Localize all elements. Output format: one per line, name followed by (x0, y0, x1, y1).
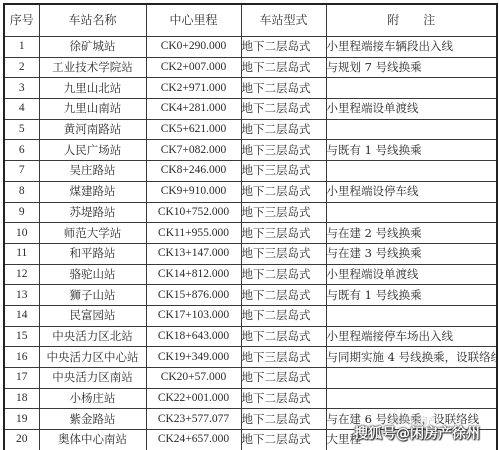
cell-notes (326, 78, 497, 99)
cell-notes: 小里程端接停车场出入线 (326, 326, 497, 347)
cell-index: 11 (4, 243, 39, 264)
cell-notes: 与在建 3 号线换乘 (326, 243, 497, 264)
table-row: 13狮子山站CK15+876.000地下二层岛式与既有 1 号线换乘 (4, 285, 497, 306)
cell-index: 15 (4, 326, 39, 347)
cell-station-name: 小杨庄站 (39, 388, 146, 409)
cell-station-type: 地下三层岛式 (241, 243, 326, 264)
cell-station-name: 奥体中心南站 (39, 430, 146, 450)
cell-index: 8 (4, 181, 39, 202)
cell-notes (326, 388, 497, 409)
cell-center-mileage: CK10+752.000 (146, 202, 241, 223)
table-row: 6人民广场站CK7+082.000地下三层岛式与既有 1 号线换乘 (4, 140, 497, 161)
header-station-name: 车站名称 (39, 4, 146, 37)
cell-center-mileage: CK13+147.000 (146, 243, 241, 264)
cell-index: 5 (4, 119, 39, 140)
cell-station-type: 地下二层岛式 (241, 181, 326, 202)
table-row: 16中央活力区中心站CK19+349.000地下三层岛式与同期实施 4 号线换乘… (4, 347, 497, 368)
table-row: 9苏堤路站CK10+752.000地下三层岛式 (4, 202, 497, 223)
cell-station-name: 九里山北站 (39, 78, 146, 99)
cell-station-name: 人民广场站 (39, 140, 146, 161)
cell-center-mileage: CK20+57.000 (146, 368, 241, 389)
cell-station-type: 地下二层岛式 (241, 99, 326, 120)
cell-index: 2 (4, 57, 39, 78)
cell-index: 7 (4, 161, 39, 182)
cell-station-name: 煤建路站 (39, 181, 146, 202)
station-table: 序号 车站名称 中心里程 车站型式 附 注 1徐矿城站CK0+290.000地下… (3, 3, 498, 450)
cell-station-type: 地下二层岛式 (241, 388, 326, 409)
cell-station-type: 地下三层岛式 (241, 202, 326, 223)
cell-station-name: 工业技术学院站 (39, 57, 146, 78)
cell-station-type: 地下二层岛式 (241, 305, 326, 326)
table-row: 17中央活力区南站CK20+57.000地下二层岛式 (4, 368, 497, 389)
cell-index: 12 (4, 264, 39, 285)
cell-index: 3 (4, 78, 39, 99)
cell-index: 10 (4, 223, 39, 244)
header-notes: 附 注 (326, 4, 497, 37)
cell-center-mileage: CK11+955.000 (146, 223, 241, 244)
table-row: 8煤建路站CK9+910.000地下二层岛式小里程端设停车线 (4, 181, 497, 202)
cell-index: 6 (4, 140, 39, 161)
cell-notes: 与在建 2 号线换乘 (326, 223, 497, 244)
cell-center-mileage: CK5+621.000 (146, 119, 241, 140)
cell-station-name: 中央活力区南站 (39, 368, 146, 389)
cell-station-name: 苏堤路站 (39, 202, 146, 223)
cell-station-name: 骆驼山站 (39, 264, 146, 285)
cell-station-type: 地下二层岛式 (241, 285, 326, 306)
table-row: 18小杨庄站CK22+001.000地下二层岛式 (4, 388, 497, 409)
cell-station-type: 地下二层岛式 (241, 78, 326, 99)
cell-station-type: 地下三层岛式 (241, 223, 326, 244)
table-row: 1徐矿城站CK0+290.000地下二层岛式小里程端接车辆段出入线 (4, 37, 497, 58)
table-row: 7吴庄路站CK8+246.000地下三层岛式 (4, 161, 497, 182)
cell-notes: 小里程端设单渡线 (326, 264, 497, 285)
cell-center-mileage: CK23+577.077 (146, 409, 241, 430)
cell-index: 20 (4, 430, 39, 450)
table-row: 12骆驼山站CK14+812.000地下二层岛式小里程端设单渡线 (4, 264, 497, 285)
table-row: 10师范大学站CK11+955.000地下三层岛式与在建 2 号线换乘 (4, 223, 497, 244)
cell-station-type: 地下二层岛式 (241, 264, 326, 285)
cell-station-name: 民富园站 (39, 305, 146, 326)
cell-index: 19 (4, 409, 39, 430)
watermark: 搜狐号@闲房产徐州 (354, 423, 480, 443)
cell-center-mileage: CK9+910.000 (146, 181, 241, 202)
cell-notes: 小里程端接车辆段出入线 (326, 37, 497, 58)
cell-center-mileage: CK18+643.000 (146, 326, 241, 347)
cell-station-type: 地下二层岛式 (241, 409, 326, 430)
cell-center-mileage: CK17+103.000 (146, 305, 241, 326)
cell-center-mileage: CK19+349.000 (146, 347, 241, 368)
cell-station-type: 地下二层岛式 (241, 57, 326, 78)
table-row: 11和平路站CK13+147.000地下三层岛式与在建 3 号线换乘 (4, 243, 497, 264)
header-center-mileage: 中心里程 (146, 4, 241, 37)
cell-center-mileage: CK15+876.000 (146, 285, 241, 306)
header-row: 序号 车站名称 中心里程 车站型式 附 注 (4, 4, 497, 37)
cell-center-mileage: CK4+281.000 (146, 99, 241, 120)
cell-center-mileage: CK0+290.000 (146, 37, 241, 58)
cell-station-type: 地下二层岛式 (241, 368, 326, 389)
cell-station-name: 中央活力区北站 (39, 326, 146, 347)
cell-center-mileage: CK24+657.000 (146, 430, 241, 450)
cell-station-name: 和平路站 (39, 243, 146, 264)
cell-station-type: 地下三层岛式 (241, 161, 326, 182)
cell-notes: 小里程端设停车线 (326, 181, 497, 202)
cell-station-name: 师范大学站 (39, 223, 146, 244)
cell-index: 1 (4, 37, 39, 58)
cell-index: 16 (4, 347, 39, 368)
cell-station-name: 吴庄路站 (39, 161, 146, 182)
cell-index: 18 (4, 388, 39, 409)
cell-station-type: 地下二层岛式 (241, 430, 326, 450)
cell-station-name: 徐矿城站 (39, 37, 146, 58)
cell-station-type: 地下三层岛式 (241, 347, 326, 368)
table-row: 14民富园站CK17+103.000地下二层岛式 (4, 305, 497, 326)
cell-notes (326, 305, 497, 326)
cell-notes: 与既有 1 号线换乘 (326, 285, 497, 306)
cell-center-mileage: CK8+246.000 (146, 161, 241, 182)
table-row: 5黄河南路站CK5+621.000地下二层岛式 (4, 119, 497, 140)
cell-station-type: 地下二层岛式 (241, 326, 326, 347)
cell-index: 4 (4, 99, 39, 120)
table-row: 3九里山北站CK2+971.000地下二层岛式 (4, 78, 497, 99)
cell-station-name: 紫金路站 (39, 409, 146, 430)
cell-station-type: 地下三层岛式 (241, 140, 326, 161)
cell-station-name: 九里山南站 (39, 99, 146, 120)
cell-station-name: 中央活力区中心站 (39, 347, 146, 368)
header-station-type: 车站型式 (241, 4, 326, 37)
cell-index: 9 (4, 202, 39, 223)
cell-notes: 与既有 1 号线换乘 (326, 140, 497, 161)
cell-center-mileage: CK14+812.000 (146, 264, 241, 285)
table-row: 2工业技术学院站CK2+007.000地下二层岛式与规划 7 号线换乘 (4, 57, 497, 78)
cell-center-mileage: CK7+082.000 (146, 140, 241, 161)
cell-station-type: 地下二层岛式 (241, 119, 326, 140)
cell-station-type: 地下二层岛式 (241, 37, 326, 58)
cell-center-mileage: CK2+007.000 (146, 57, 241, 78)
cell-index: 17 (4, 368, 39, 389)
cell-notes (326, 202, 497, 223)
cell-notes (326, 368, 497, 389)
cell-center-mileage: CK22+001.000 (146, 388, 241, 409)
cell-notes: 与规划 7 号线换乘 (326, 57, 497, 78)
cell-notes (326, 119, 497, 140)
cell-center-mileage: CK2+971.000 (146, 78, 241, 99)
cell-notes: 与同期实施 4 号线换乘，设联络线 (326, 347, 497, 368)
cell-index: 13 (4, 285, 39, 306)
cell-index: 14 (4, 305, 39, 326)
cell-notes: 小里程端设单渡线 (326, 99, 497, 120)
table-row: 15中央活力区北站CK18+643.000地下二层岛式小里程端接停车场出入线 (4, 326, 497, 347)
header-index: 序号 (4, 4, 39, 37)
cell-station-name: 狮子山站 (39, 285, 146, 306)
cell-notes (326, 161, 497, 182)
cell-station-name: 黄河南路站 (39, 119, 146, 140)
table-row: 4九里山南站CK4+281.000地下二层岛式小里程端设单渡线 (4, 99, 497, 120)
